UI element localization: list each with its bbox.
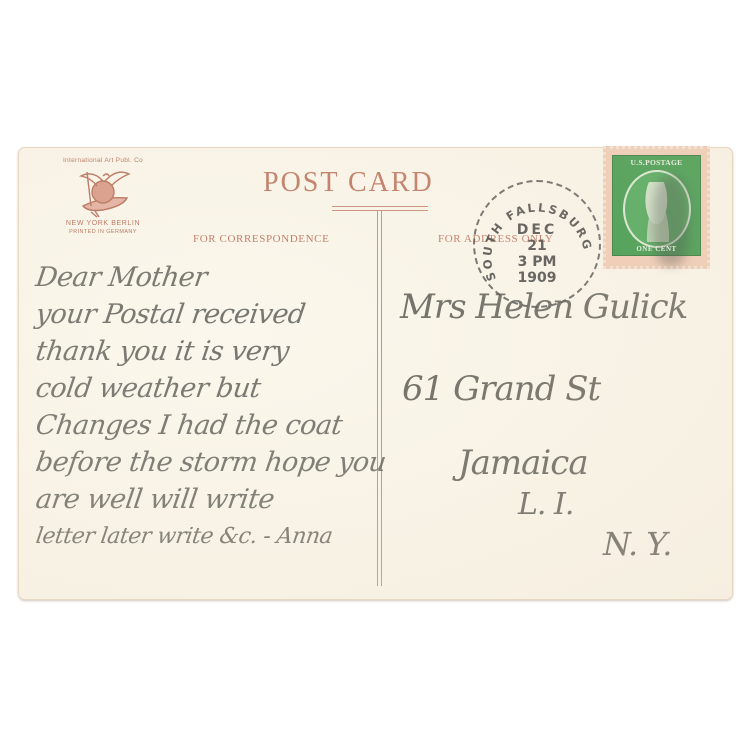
card-title: POST CARD (263, 167, 434, 199)
publisher-printed: PRINTED IN GERMANY (48, 229, 158, 235)
message-line: cold weather but (33, 370, 388, 407)
message-line: your Postal received (33, 296, 388, 333)
handwritten-message: Dear Mother your Postal received thank y… (36, 259, 386, 555)
message-line: Changes I had the coat (33, 407, 388, 444)
address-line-street: 61 Grand St (402, 369, 600, 409)
postmark-year: 1909 (475, 270, 599, 286)
postcard: International Art Publ. Co NEW YORK BERL… (18, 147, 733, 600)
message-line: before the storm hope you (33, 444, 388, 481)
message-line: letter later write &c. - Anna (33, 518, 388, 555)
postage-stamp: U.S.POSTAGE ONE CENT (603, 146, 710, 269)
postmark-day: 21 (475, 238, 599, 254)
publisher-mark: International Art Publ. Co NEW YORK BERL… (48, 157, 158, 235)
stamp-bottom-text: ONE CENT (613, 245, 700, 253)
address-line-city: Jamaica (458, 443, 588, 483)
eagle-palette-icon (73, 166, 133, 218)
message-line: Dear Mother (33, 259, 388, 296)
postmark-time: 3 PM (475, 254, 599, 270)
message-line: are well will write (33, 481, 388, 518)
address-line-name: Mrs Helen Gulick (400, 287, 687, 327)
publisher-cities: NEW YORK BERLIN (48, 220, 158, 227)
stamp-top-text: U.S.POSTAGE (613, 158, 700, 167)
postmark-month: DEC (475, 222, 599, 238)
message-line: thank you it is very (33, 333, 388, 370)
publisher-name: International Art Publ. Co (48, 157, 158, 164)
address-line-state: N. Y. (603, 525, 671, 563)
correspondence-label: FOR CORRESPONDENCE (193, 233, 329, 245)
address-line-region: L. I. (518, 487, 573, 522)
